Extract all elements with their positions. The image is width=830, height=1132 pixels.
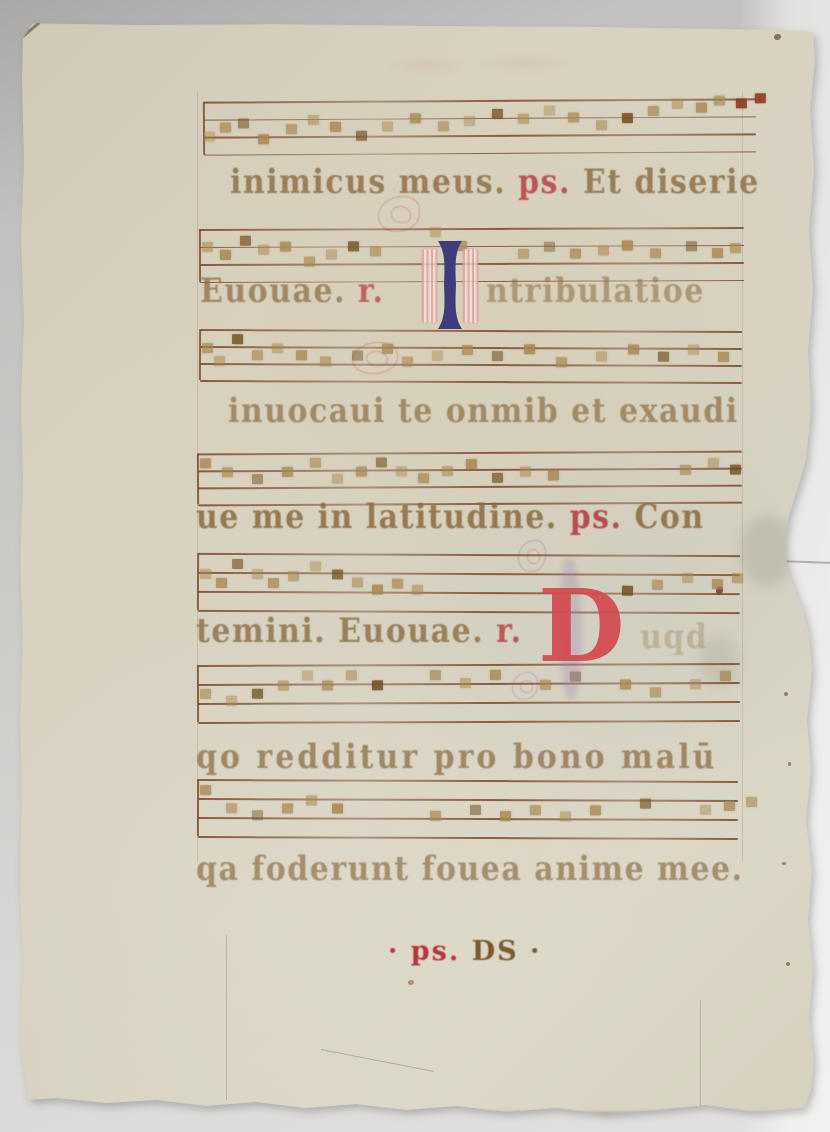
neume-note: [252, 569, 263, 579]
neume-note: [252, 810, 263, 820]
staff-line: [198, 663, 740, 667]
chant-text-segment: Et diserie: [583, 163, 760, 202]
staff-line: [200, 329, 742, 333]
neume-note: [332, 569, 343, 579]
neume-note: [352, 350, 363, 360]
neume-note: [392, 579, 403, 589]
neume-note: [556, 358, 567, 368]
staff-line: [198, 701, 740, 705]
neume-note: [332, 803, 343, 813]
neume-note: [430, 670, 441, 680]
music-staff: [200, 329, 742, 386]
neume-note: [544, 242, 555, 252]
chant-text-segment: qa foderunt fouea anime mee.: [196, 850, 744, 889]
neume-note: [442, 466, 453, 476]
neume-note: [418, 473, 429, 483]
chant-text-segment: Euouae.: [200, 272, 358, 311]
chant-text-segment: r.: [496, 612, 523, 651]
staff-line: [198, 572, 740, 576]
neume-note: [432, 350, 443, 360]
neume-note: [470, 805, 481, 815]
staff-line: [204, 151, 756, 156]
edge-speck: [782, 862, 786, 865]
staff-line: [204, 116, 756, 121]
neume-note: [330, 122, 341, 132]
neume-note: [650, 687, 661, 697]
neume-note: [490, 670, 501, 680]
neume-note: [622, 113, 633, 123]
staff-line: [198, 591, 740, 595]
neume-note: [200, 688, 211, 698]
neume-note: [280, 241, 291, 251]
edge-speck: [788, 762, 791, 766]
neume-note: [282, 467, 293, 477]
staff-start-tick: [197, 553, 199, 610]
initial-letter-glyph: [437, 241, 463, 329]
neume-note: [306, 795, 317, 805]
neume-note: [402, 357, 413, 367]
neume-note: [372, 585, 383, 595]
initial-letter-glyph: D: [538, 567, 625, 685]
manuscript-leaf: inimicus meus. ps. Et diserieEuouae. r. …: [16, 20, 822, 1115]
neume-note: [430, 811, 441, 821]
neume-note: [492, 351, 503, 361]
rubric-footer-segment: DS ·: [472, 936, 542, 967]
neume-note: [286, 124, 297, 134]
neume-note: [310, 562, 321, 572]
neume-note: [598, 245, 609, 255]
neume-note: [220, 123, 231, 133]
chant-text-segment: uqd: [640, 618, 708, 657]
neume-note: [202, 343, 213, 353]
neume-note: [628, 344, 639, 354]
neume-note: [232, 334, 243, 344]
chant-text-line: qa foderunt fouea anime mee.: [196, 850, 744, 889]
neume-note: [326, 250, 337, 260]
neume-note: [492, 109, 503, 119]
neume-note: [650, 249, 661, 259]
neume-note: [596, 120, 607, 130]
neume-note: [238, 118, 249, 128]
neume-note: [724, 801, 735, 811]
show-through-ghost: [356, 48, 596, 82]
neume-note: [200, 569, 211, 579]
neume-note: [570, 249, 581, 259]
neume-note: [200, 785, 211, 795]
neume-note: [430, 227, 441, 237]
neume-note: [346, 671, 357, 681]
neume-note: [730, 464, 741, 474]
neume-note: [214, 356, 225, 366]
neume-note: [746, 797, 757, 807]
neume-note: [730, 243, 741, 253]
neume-note: [272, 343, 283, 353]
neume-note: [736, 99, 747, 109]
chant-text-segment: qo redditur pro bono malū: [196, 738, 717, 777]
neume-note: [714, 95, 725, 105]
neume-note: [332, 473, 343, 483]
neume-note: [204, 132, 215, 142]
neume-note: [712, 579, 723, 589]
neume-note: [520, 467, 531, 477]
chant-text-segment: Con: [634, 498, 704, 537]
neume-note: [544, 105, 555, 115]
neume-note: [708, 458, 719, 468]
neume-note: [232, 559, 243, 569]
neume-note: [560, 811, 571, 821]
penwork-panel: [422, 249, 437, 323]
neume-note: [240, 236, 251, 246]
staff-line: [198, 451, 742, 456]
neume-note: [226, 696, 237, 706]
neume-note: [202, 241, 213, 251]
staff-line: [200, 380, 742, 384]
neume-note: [682, 573, 693, 583]
chant-text-segment: ntribulatioe: [486, 272, 705, 311]
neume-note: [226, 803, 237, 813]
neume-note: [596, 351, 607, 361]
chant-text-segment: ps.: [518, 163, 583, 202]
neume-note: [304, 257, 315, 267]
neume-note: [348, 241, 359, 251]
photo-backdrop: inimicus meus. ps. Et diserieEuouae. r. …: [0, 0, 830, 1132]
neume-note: [466, 459, 477, 469]
neume-note: [460, 678, 471, 688]
ink-stain: [408, 980, 414, 985]
neume-note: [686, 241, 697, 251]
neume-note: [690, 679, 701, 689]
chant-text-line: ue me in latitudine. ps. Con: [196, 498, 705, 537]
neume-note: [322, 680, 333, 690]
staff-start-tick: [199, 329, 201, 380]
neume-note: [382, 343, 393, 353]
neume-note: [352, 577, 363, 587]
chant-text-line: inuocaui te onmib et exaudi: [228, 392, 739, 431]
neume-note: [296, 350, 307, 360]
neume-note: [308, 115, 319, 125]
neume-note: [252, 350, 263, 360]
chant-text-line: qo redditur pro bono malū: [196, 738, 717, 777]
neume-note: [648, 106, 659, 116]
neume-note: [252, 688, 263, 698]
staff-start-tick: [197, 453, 199, 504]
neume-note: [278, 681, 289, 691]
neume-note: [720, 671, 731, 681]
neume-note: [258, 245, 269, 255]
neume-note: [680, 465, 691, 475]
chant-text-segment: temini. Euouae.: [196, 612, 496, 651]
neume-note: [356, 131, 367, 141]
neume-note: [438, 121, 449, 131]
staff-start-tick: [197, 665, 199, 722]
staff-line: [198, 485, 742, 490]
manuscript-leaf-wrap: inimicus meus. ps. Et diserieEuouae. r. …: [0, 0, 830, 1132]
chant-text-segment: ps.: [570, 498, 635, 537]
music-staff: [198, 779, 738, 842]
neume-note: [396, 466, 407, 476]
neume-note: [288, 571, 299, 581]
margin-ruling-right: [742, 92, 743, 862]
neume-note: [302, 671, 313, 681]
fold-crease: [226, 935, 227, 1100]
neume-note: [462, 345, 473, 355]
penwork-panel: [463, 249, 478, 323]
neume-note: [590, 806, 601, 816]
neume-note: [622, 240, 633, 250]
chant-text-line: uqd: [640, 618, 708, 657]
gray-smudge: [740, 515, 795, 587]
chant-text-line: Euouae. r.: [200, 272, 384, 311]
neume-note: [410, 113, 421, 123]
staff-line: [198, 836, 738, 840]
neume-note: [640, 798, 651, 808]
neume-note: [372, 680, 383, 690]
fold-crease: [700, 1000, 701, 1108]
neume-note: [530, 806, 541, 816]
edge-speck: [786, 962, 790, 966]
rubric-footer: · ps. DS ·: [388, 936, 541, 967]
neume-note: [500, 811, 511, 821]
ink-stain: [774, 34, 781, 40]
chant-text-segment: r.: [358, 272, 385, 311]
neume-note: [568, 112, 579, 122]
scratch-mark: [321, 1049, 434, 1072]
neume-note: [252, 474, 263, 484]
neume-note: [696, 102, 707, 112]
neume-note: [700, 804, 711, 814]
neume-note: [258, 134, 269, 144]
neume-note: [216, 578, 227, 588]
neume-note: [658, 351, 669, 361]
staff-line: [198, 553, 740, 557]
staff-line: [198, 817, 738, 821]
neume-note: [200, 459, 211, 469]
staff-start-tick: [197, 779, 199, 836]
neume-note: [492, 472, 503, 482]
chant-text-line: temini. Euouae. r.: [196, 612, 523, 651]
neume-note: [356, 466, 367, 476]
edge-speck: [784, 692, 788, 696]
neume-note: [524, 344, 535, 354]
neume-note: [382, 122, 393, 132]
neume-note: [518, 249, 529, 259]
staff-line: [198, 779, 738, 783]
staff-line: [198, 720, 740, 724]
staff-start-tick: [203, 102, 205, 155]
music-staff: [198, 553, 740, 616]
neume-note: [282, 803, 293, 813]
chant-text-line: inimicus meus. ps. Et diserie: [230, 163, 760, 202]
neume-note: [712, 248, 723, 258]
neume-note: [548, 470, 559, 480]
neume-note: [718, 351, 729, 361]
illuminated-initial-d: D: [538, 576, 638, 680]
neume-note: [370, 246, 381, 256]
chant-text-segment: inimicus meus.: [230, 163, 518, 202]
neume-note: [376, 458, 387, 468]
neume-note: [320, 357, 331, 367]
neume-note: [220, 250, 231, 260]
staff-line: [200, 227, 744, 231]
illuminated-initial-i: [422, 241, 478, 329]
neume-note: [672, 99, 683, 109]
neume-note: [732, 573, 743, 583]
chant-text-segment: ue me in latitudine.: [196, 498, 570, 537]
clipped-corner: [20, 22, 40, 40]
neume-note: [268, 579, 279, 589]
neume-note: [222, 467, 233, 477]
staff-line: [198, 798, 738, 802]
neume-note: [688, 344, 699, 354]
rubric-footer-segment: · ps.: [388, 936, 472, 967]
neume-note: [464, 116, 475, 126]
music-staff: [198, 663, 740, 726]
neume-note: [412, 585, 423, 595]
neume-note: [652, 580, 663, 590]
neume-note: [518, 114, 529, 124]
music-staff: [204, 98, 756, 158]
chant-text-segment: inuocaui te onmib et exaudi: [228, 392, 739, 431]
neume-note: [755, 93, 766, 103]
chant-text-line: ntribulatioe: [486, 272, 705, 311]
neume-note: [310, 458, 321, 468]
staff-line: [200, 363, 742, 367]
